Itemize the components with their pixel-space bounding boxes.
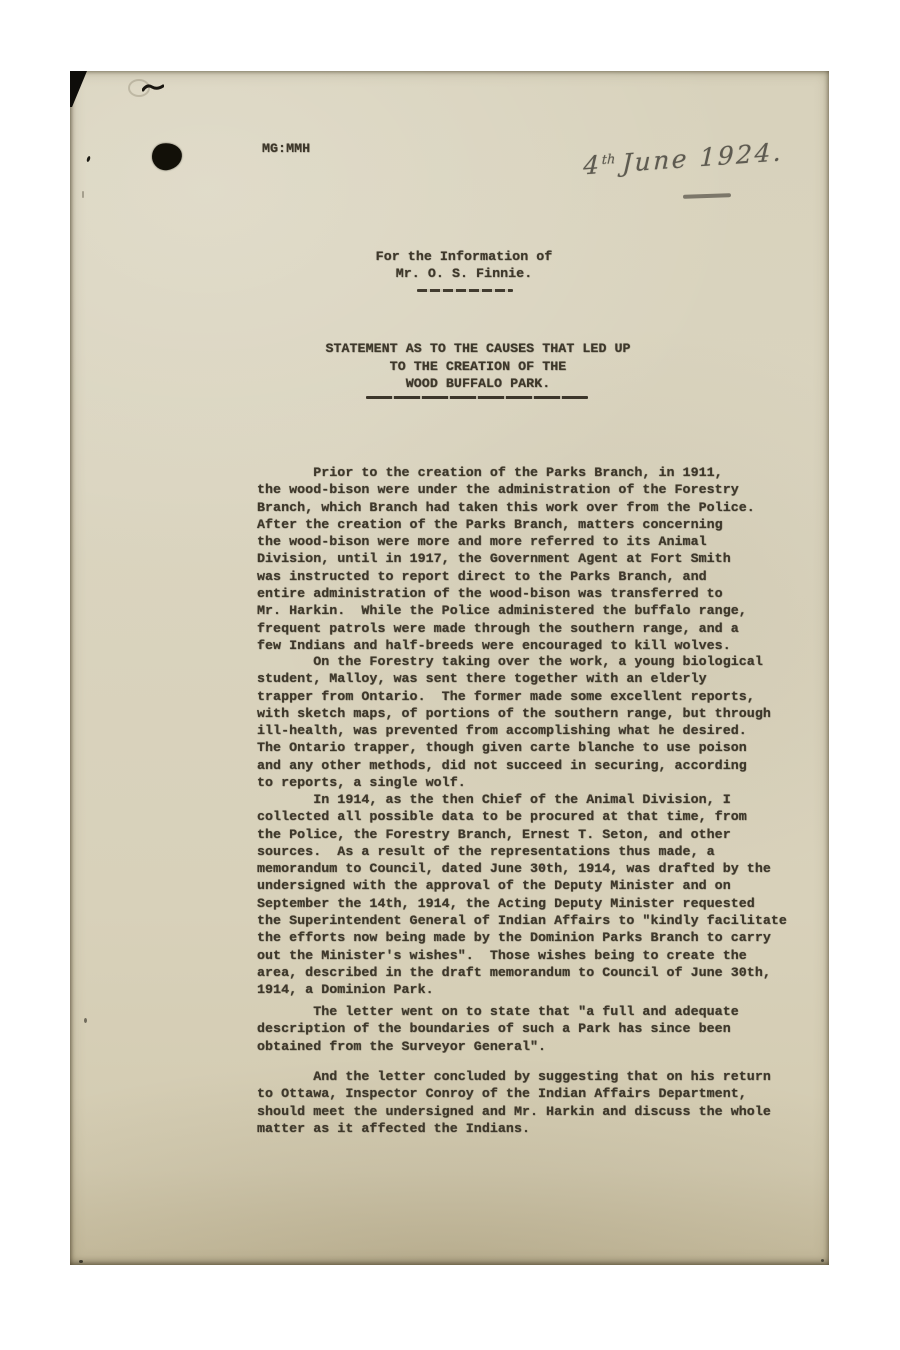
salutation: For the Information of Mr. O. S. Finnie. [344, 248, 584, 283]
speck-artifact [84, 1018, 87, 1023]
salutation-underline [417, 289, 513, 292]
paragraph-3: In 1914, as the then Chief of the Animal… [257, 791, 787, 999]
handwritten-date: 4thJune 1924. [583, 135, 823, 181]
corner-shadow-artifact [70, 71, 87, 107]
paragraph-5: And the letter concluded by suggesting t… [257, 1068, 771, 1137]
paragraph-4: The letter went on to state that "a full… [257, 1003, 739, 1055]
speck-artifact [79, 1260, 83, 1263]
pen-squiggle-artifact [142, 83, 164, 93]
scanned-document-page: MG:MMH 4thJune 1924. For the Information… [0, 0, 900, 1350]
ink-blot-artifact [150, 141, 183, 172]
paragraph-1: Prior to the creation of the Parks Branc… [257, 464, 755, 654]
speck-artifact [86, 156, 91, 163]
handwritten-underline [683, 193, 731, 199]
handwritten-month-year: June 1924. [622, 137, 784, 177]
document-title: STATEMENT AS TO THE CAUSES THAT LED UP T… [323, 340, 633, 393]
paper-sheet: MG:MMH 4thJune 1924. For the Information… [70, 71, 829, 1265]
speck-artifact [82, 191, 84, 198]
title-underline [366, 396, 588, 399]
paragraph-2: On the Forestry taking over the work, a … [257, 653, 771, 791]
handwritten-day: 4 [583, 150, 602, 180]
file-reference: MG:MMH [262, 140, 310, 157]
handwritten-ordinal: th [602, 152, 616, 168]
speck-artifact [821, 1259, 824, 1262]
